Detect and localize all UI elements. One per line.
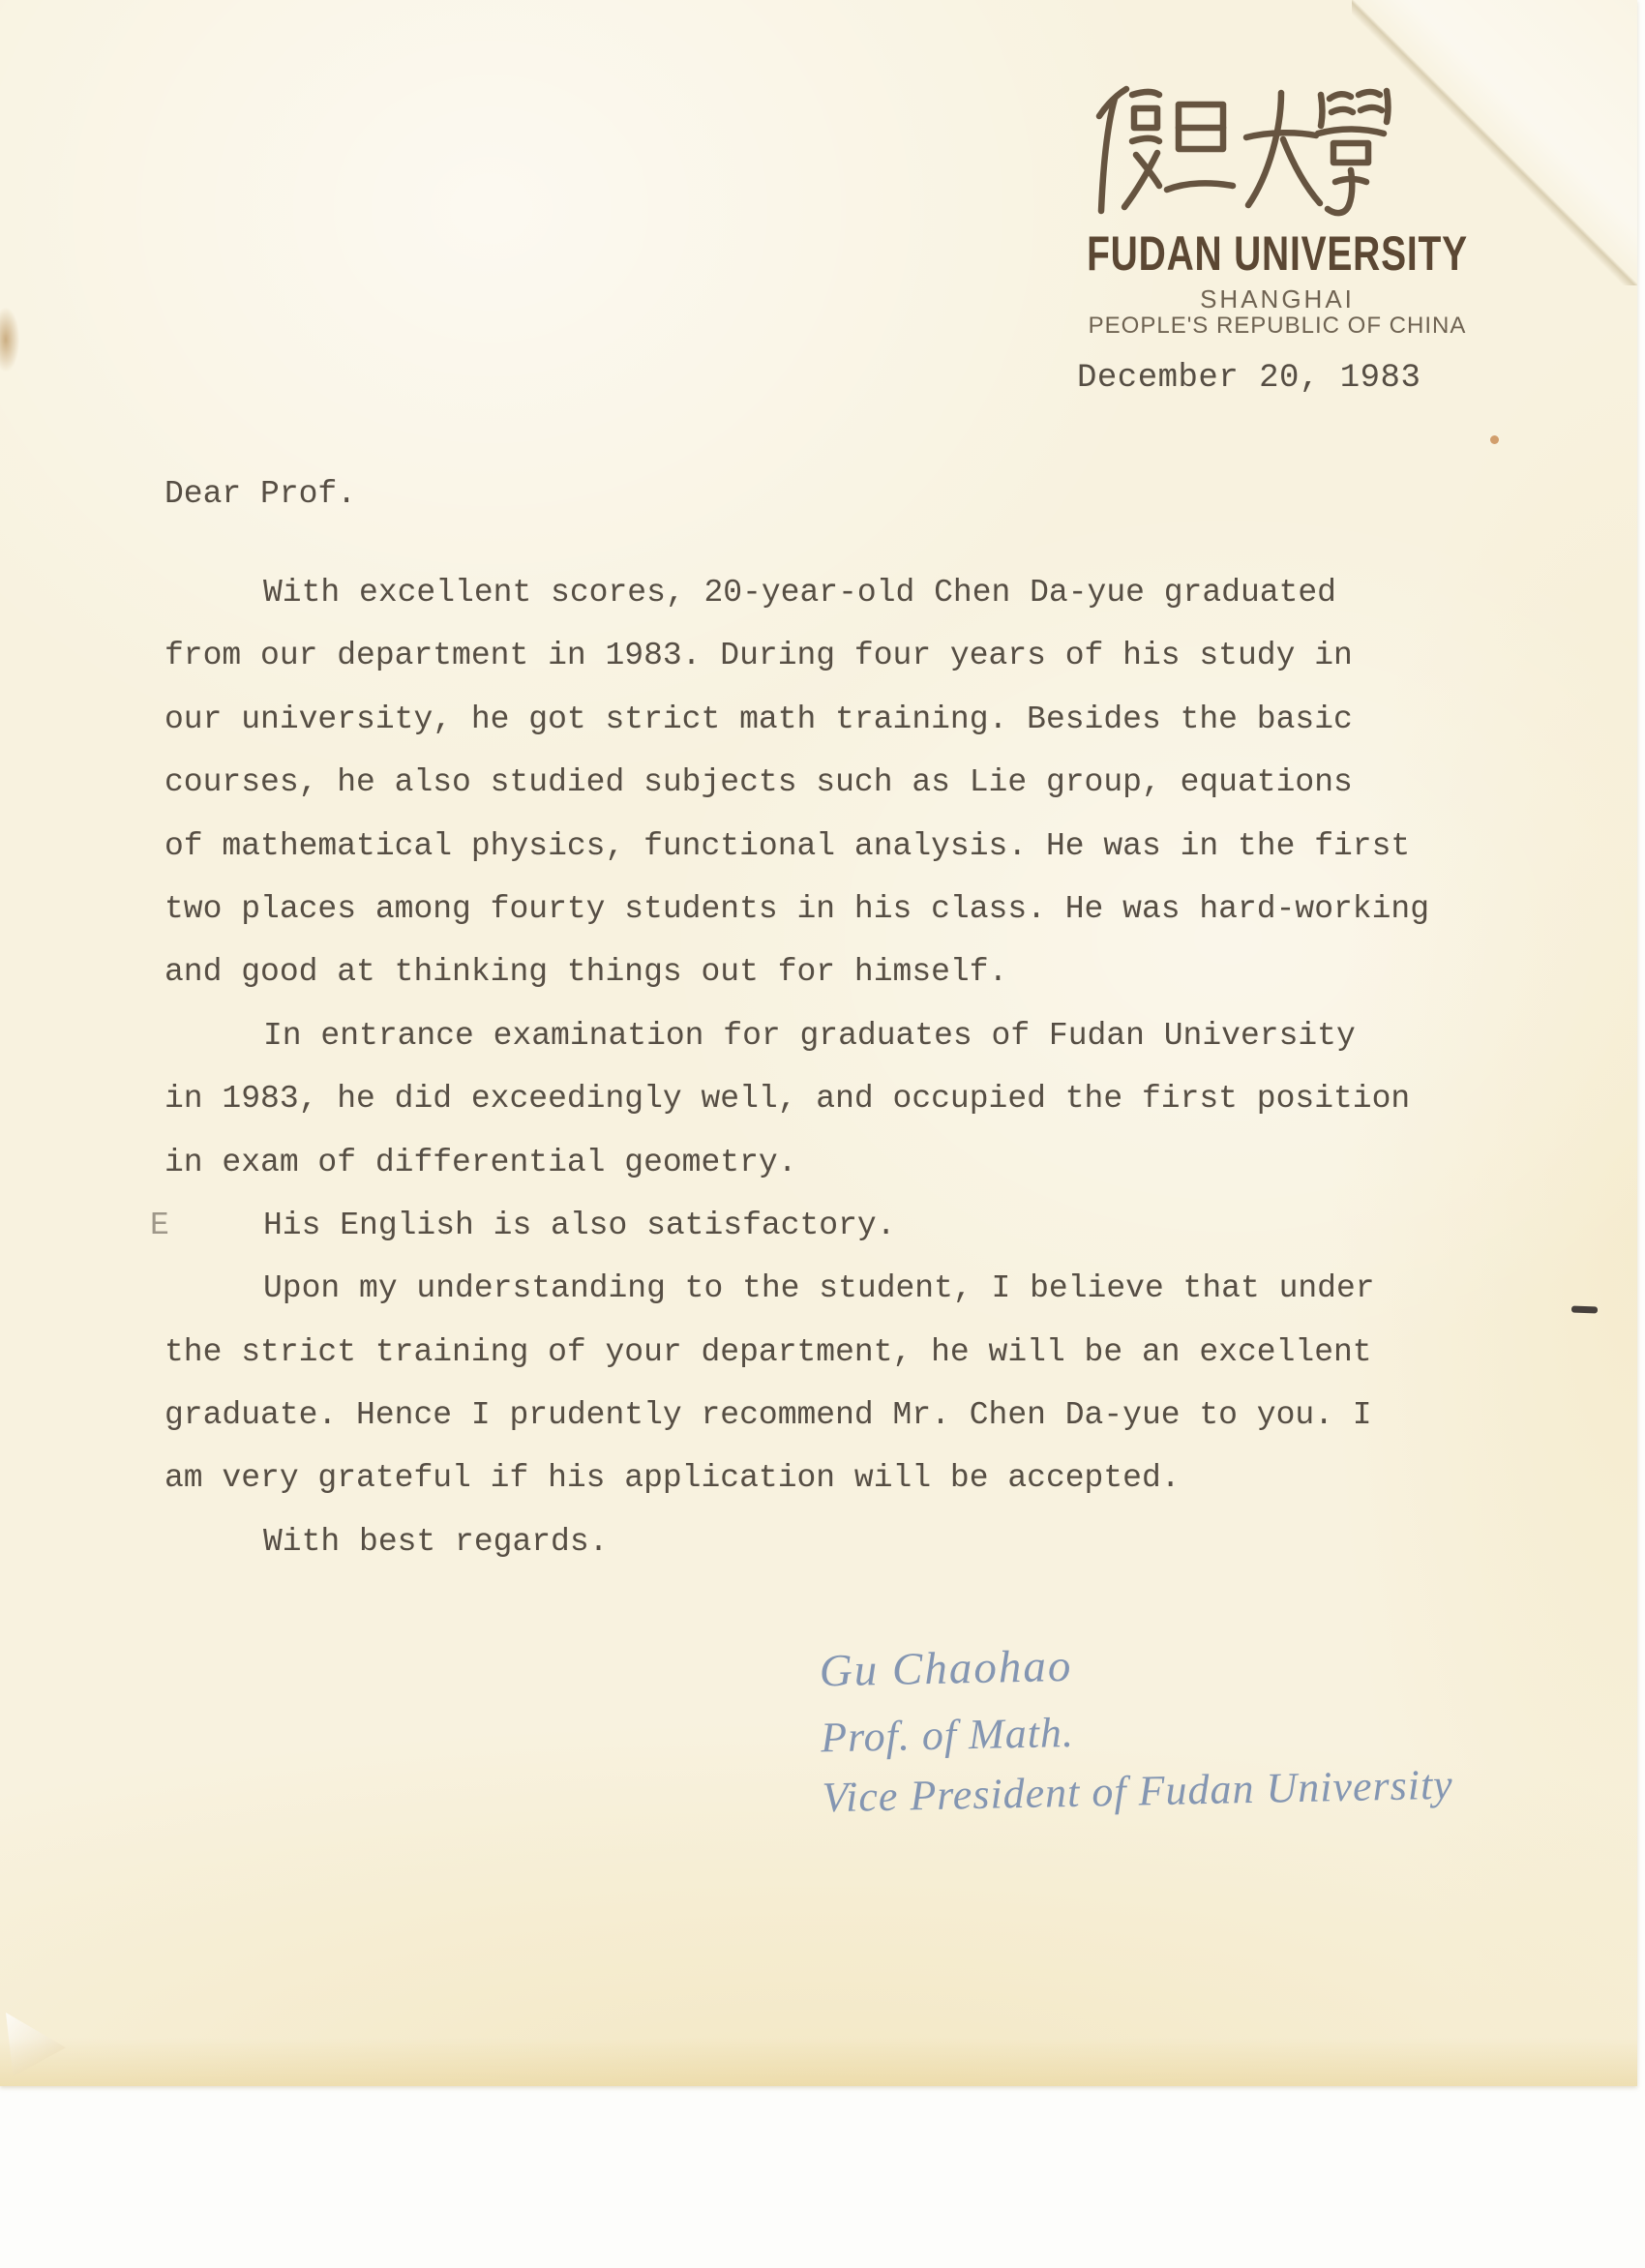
signature-block: Gu Chaohao Prof. of Math. Vice President…: [819, 1621, 1500, 1829]
calligraphy-strokes: [1086, 77, 1395, 237]
letter-body-line: two places among fourty students in his …: [164, 878, 1471, 940]
letter-salutation: Dear Prof.: [164, 476, 356, 512]
letter-paper-sheet: FUDAN UNIVERSITY SHANGHAI PEOPLE'S REPUB…: [0, 0, 1637, 2086]
letter-body: With excellent scores, 20-year-old Chen …: [164, 561, 1471, 1573]
paper-stain: [0, 308, 19, 372]
body-line-text: of mathematical physics, functional anal…: [164, 828, 1410, 864]
body-line-text: His English is also satisfactory.: [164, 1208, 896, 1243]
body-line-text: graduate. Hence I prudently recommend Mr…: [164, 1397, 1372, 1433]
letterhead-country: PEOPLE'S REPUBLIC OF CHINA: [1006, 313, 1548, 340]
letter-body-line: in exam of differential geometry.: [164, 1131, 1471, 1194]
letter-body-line: With best regards.: [164, 1510, 1471, 1573]
signature-title-vice-president: Vice President of Fudan University: [822, 1754, 1500, 1829]
letter-date: December 20, 1983: [1077, 360, 1421, 397]
body-line-text: from our department in 1983. During four…: [164, 638, 1353, 673]
signature-name: Gu Chaohao: [819, 1621, 1497, 1709]
scanned-letter: FUDAN UNIVERSITY SHANGHAI PEOPLE'S REPUB…: [0, 0, 1645, 2268]
letter-body-line: With excellent scores, 20-year-old Chen …: [164, 561, 1471, 624]
body-line-text: With excellent scores, 20-year-old Chen …: [164, 575, 1336, 611]
body-line-text: in 1983, he did exceedingly well, and oc…: [164, 1081, 1410, 1117]
letterhead-city: SHANGHAI: [1006, 284, 1548, 314]
letter-body-line: courses, he also studied subjects such a…: [164, 751, 1471, 814]
letter-body-line: our university, he got strict math train…: [164, 688, 1471, 751]
body-line-text: In entrance examination for graduates of…: [164, 1018, 1356, 1054]
letter-body-line: the strict training of your department, …: [164, 1321, 1471, 1384]
body-line-text: With best regards.: [164, 1524, 608, 1560]
letter-body-line: am very grateful if his application will…: [164, 1447, 1471, 1509]
letter-body-line: In entrance examination for graduates of…: [164, 1004, 1471, 1067]
body-line-text: our university, he got strict math train…: [164, 701, 1353, 737]
letter-body-line: graduate. Hence I prudently recommend Mr…: [164, 1384, 1471, 1447]
paper-speck: [1490, 435, 1499, 444]
letter-body-line: EHis English is also satisfactory.: [164, 1194, 1471, 1257]
fudan-calligraphy-logo: [1086, 77, 1395, 237]
pen-dash-mark: [1571, 1306, 1598, 1314]
paper-edge-tear: [6, 2013, 66, 2076]
letterhead-university-name: FUDAN UNIVERSITY: [1066, 225, 1489, 282]
letter-body-line: Upon my understanding to the student, I …: [164, 1257, 1471, 1320]
letter-body-line: in 1983, he did exceedingly well, and oc…: [164, 1067, 1471, 1130]
body-line-text: two places among fourty students in his …: [164, 891, 1429, 927]
letter-body-line: of mathematical physics, functional anal…: [164, 815, 1471, 878]
body-line-text: Upon my understanding to the student, I …: [164, 1270, 1375, 1306]
body-line-text: and good at thinking things out for hims…: [164, 954, 1007, 990]
letter-body-line: from our department in 1983. During four…: [164, 624, 1471, 687]
stray-typed-character: E: [150, 1194, 169, 1257]
body-line-text: in exam of differential geometry.: [164, 1145, 797, 1180]
body-line-text: am very grateful if his application will…: [164, 1460, 1181, 1496]
body-line-text: the strict training of your department, …: [164, 1334, 1372, 1370]
letter-body-line: and good at thinking things out for hims…: [164, 940, 1471, 1003]
body-line-text: courses, he also studied subjects such a…: [164, 764, 1353, 800]
